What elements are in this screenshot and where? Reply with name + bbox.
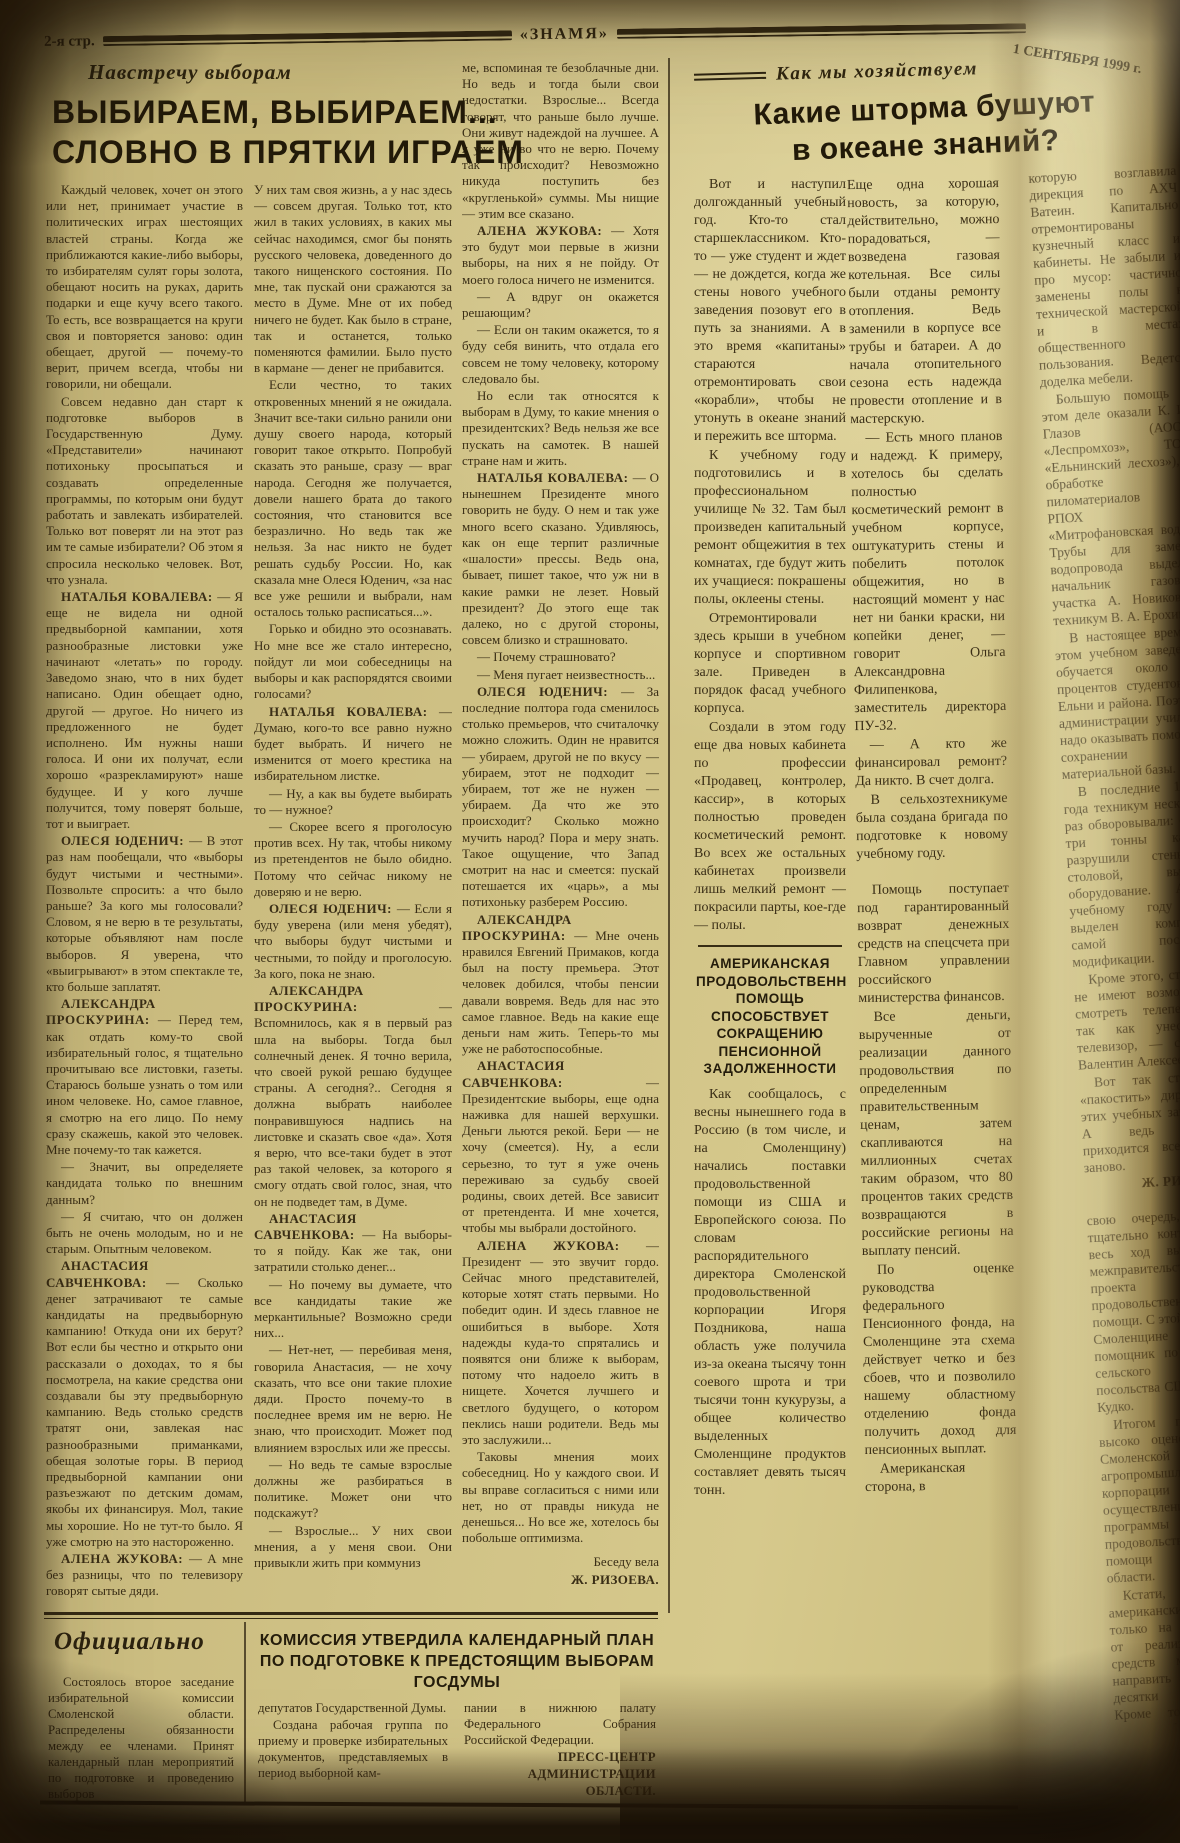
paragraph: АНАСТАСИЯ САВЧЕНКОВА: — На выборы-то я п…	[254, 1211, 452, 1276]
paragraph: Беседу вела	[462, 1554, 659, 1570]
speaker-name: АНАСТАСИЯ САВЧЕНКОВА:	[462, 1058, 646, 1089]
article3-column-3-text: свою очередь, весьма тщательно контролир…	[1086, 1204, 1180, 1727]
article2-column-2-text: Еще одна хорошая новость, за которую, де…	[847, 175, 1009, 864]
speaker-name: АЛЕКСАНДРА ПРОСКУРИНА:	[462, 912, 574, 943]
article2-kicker: Как мы хозяйствуем	[694, 58, 978, 87]
paragraph: — Я считаю, что он должен быть не очень …	[46, 1209, 243, 1258]
page-header: 2-я стр. «ЗНАМЯ»	[44, 19, 1034, 51]
headline-line-1: ВЫБИРАЕМ, ВЫБИРАЕМ...	[52, 92, 458, 132]
paragraph: ОБЛАСТИ.	[464, 1783, 656, 1799]
article2-headline: Какие шторма бушуют в океане знаний?	[683, 81, 1167, 173]
paragraph: пании в нижнюю палату Федерального Собра…	[464, 1700, 656, 1748]
article2-kicker-label: Как мы хозяйствуем	[776, 58, 978, 85]
paragraph: НАТАЛЬЯ КОВАЛЕВА: — О нынешнем Президент…	[462, 470, 659, 648]
article2-column-3-text: которую возглавила дирекция по АХЧ Ватеи…	[1028, 162, 1180, 1195]
paragraph: Но если так относятся к выборам в Думу, …	[462, 388, 659, 469]
paragraph: НАТАЛЬЯ КОВАЛЕВА: — Думаю, кого-то все р…	[254, 704, 452, 785]
paragraph: В настоящее время в этом учебном заведен…	[1054, 622, 1180, 783]
article1-column-1: Каждый человек, хочет он этого или нет, …	[46, 182, 243, 1602]
paragraph: — Взрослые... У них свои мнения, а у мен…	[254, 1523, 452, 1572]
paragraph: — Если он таким окажется, то я буду себя…	[462, 322, 659, 387]
article1-kicker: Навстречу выборам	[88, 60, 292, 85]
paragraph: — Меня пугает неизвестность...	[462, 667, 659, 683]
paragraph: Создали в этом году еще два новых кабине…	[694, 719, 846, 935]
speaker-name: ОЛЕСЯ ЮДЕНИЧ:	[269, 901, 397, 916]
paragraph: АЛЕКСАНДРА ПРОСКУРИНА: — Перед тем, как …	[46, 996, 243, 1158]
paragraph: У них там своя жизнь, а у нас здесь — со…	[254, 182, 452, 376]
speaker-name: ОЛЕСЯ ЮДЕНИЧ:	[61, 833, 189, 848]
speaker-name: НАТАЛЬЯ КОВАЛЕВА:	[269, 704, 439, 719]
paragraph: ОЛЕСЯ ЮДЕНИЧ: — За последние полтора год…	[462, 684, 659, 911]
paragraph: Совсем недавно дан старт к подготовке вы…	[46, 394, 243, 588]
paragraph: депутатов Государственной Думы.	[258, 1700, 448, 1716]
article4-column-1: Состоялось второе заседание избирательно…	[48, 1674, 234, 1812]
article-divider-rule	[668, 58, 670, 1613]
paragraph: АЛЕНА ЖУКОВА: — А мне без разницы, что п…	[46, 1551, 243, 1600]
article4-rubric: Официально	[54, 1628, 205, 1656]
header-rule	[103, 30, 512, 46]
paragraph: По оценке руководства федерального Пенси…	[862, 1260, 1017, 1460]
article2-column-2: Еще одна хорошая новость, за которую, де…	[847, 175, 1021, 1777]
speaker-name: НАТАЛЬЯ КОВАЛЕВА:	[61, 589, 217, 604]
article2-column-1: Вот и наступил долгожданный учебный год.…	[694, 176, 846, 1776]
speaker-name: АНАСТАСИЯ САВЧЕНКОВА:	[254, 1211, 362, 1242]
paragraph: Американская сторона, в	[865, 1459, 1017, 1497]
paragraph: — Но почему вы думаете, что все кандидат…	[254, 1277, 452, 1342]
issue-date: 1 СЕНТЯБРЯ 1999 г.	[1012, 42, 1143, 78]
paragraph: Итогом переговоров высоко оценена работа…	[1098, 1409, 1180, 1587]
speaker-name: НАТАЛЬЯ КОВАЛЕВА:	[477, 470, 633, 485]
paragraph: Помощь поступает под гарантированный воз…	[857, 880, 1011, 1008]
article4-headline: КОМИССИЯ УТВЕРДИЛА КАЛЕНДАРНЫЙ ПЛАН ПО П…	[258, 1630, 656, 1693]
paragraph: Ж. РИЗОЕВА.	[462, 1572, 659, 1588]
article1-headline: ВЫБИРАЕМ, ВЫБИРАЕМ... СЛОВНО В ПРЯТКИ ИГ…	[52, 92, 458, 172]
paragraph: АЛЕНА ЖУКОВА: — Президент — это звучит г…	[462, 1238, 659, 1449]
bottom-column-rule	[244, 1622, 246, 1804]
article4-column-3: пании в нижнюю палату Федерального Собра…	[464, 1700, 656, 1812]
paragraph: Отремонтировали здесь крыши в учебном ко…	[694, 610, 846, 718]
paragraph: Вот так стараются «пакостить» директорам…	[1079, 1066, 1180, 1176]
speaker-name: АЛЕКСАНДРА ПРОСКУРИНА:	[46, 996, 158, 1027]
header-rule	[617, 23, 1026, 39]
paragraph: К учебному году подготовились и в профес…	[694, 447, 846, 609]
paragraph: — Значит, вы определяете кандидата тольк…	[46, 1159, 243, 1208]
bottom-section-rule	[44, 1612, 658, 1619]
paragraph: свою очередь, весьма тщательно контролир…	[1086, 1204, 1180, 1416]
article1-column-3: ме, вспоминая те безоблачные дни. Но вед…	[462, 60, 659, 1605]
paragraph: Состоялось второе заседание избирательно…	[48, 1674, 234, 1802]
paragraph: — А вдруг он окажется решающим?	[462, 289, 659, 321]
headline-line-2: СЛОВНО В ПРЯТКИ ИГРАЕМ	[52, 132, 458, 172]
newspaper-page: 2-я стр. «ЗНАМЯ» 1 СЕНТЯБРЯ 1999 г. Навс…	[0, 0, 1180, 1843]
article3-headline: АМЕРИКАНСКАЯ ПРОДОВОЛЬСТВЕННАЯ ПОМОЩЬ СП…	[696, 955, 844, 1078]
paragraph: Создана рабочая группа по приему и прове…	[258, 1717, 448, 1781]
page-number-label: 2-я стр.	[44, 33, 95, 51]
paragraph: Все деньги, вырученные от реализации дан…	[858, 1007, 1014, 1261]
paragraph: АЛЕКСАНДРА ПРОСКУРИНА: — Вспомнилось, ка…	[254, 983, 452, 1210]
paragraph: ПРЕСС-ЦЕНТР	[464, 1749, 656, 1765]
paragraph: АЛЕКСАНДРА ПРОСКУРИНА: — Мне очень нрави…	[462, 912, 659, 1058]
paragraph: Кроме этого, студенты не имеют возможнос…	[1073, 963, 1180, 1073]
paragraph: — Почему страшновато?	[462, 649, 659, 665]
paragraph: Как сообщалось, с весны нынешнего года в…	[694, 1086, 846, 1500]
paragraph: Если честно, то таких откровенных мнений…	[254, 377, 452, 620]
paragraph: Горько и обидно это осознавать. Но мне в…	[254, 621, 452, 702]
speaker-name: АЛЕНА ЖУКОВА:	[477, 223, 611, 238]
speaker-name: ОЛЕСЯ ЮДЕНИЧ:	[477, 684, 621, 699]
paragraph: ОЛЕСЯ ЮДЕНИЧ: — Если я буду уверена (или…	[254, 901, 452, 982]
paragraph: АДМИНИСТРАЦИИ	[464, 1766, 656, 1782]
paragraph: Вот и наступил долгожданный учебный год.…	[694, 176, 846, 446]
speaker-name: АЛЕНА ЖУКОВА:	[477, 1238, 646, 1253]
paragraph: — Есть много планов и надежд. К примеру,…	[850, 428, 1006, 736]
speaker-name: АЛЕКСАНДРА ПРОСКУРИНА:	[254, 983, 439, 1014]
paragraph: ОЛЕСЯ ЮДЕНИЧ: — В этот раз нам пообещали…	[46, 833, 243, 995]
paragraph: — Нет-нет, — перебивая меня, говорила Ан…	[254, 1342, 452, 1455]
paragraph: В последние 1,5—2 года техникум нескольк…	[1062, 776, 1180, 971]
speaker-name: АНАСТАСИЯ САВЧЕНКОВА:	[46, 1258, 166, 1289]
paragraph: АНАСТАСИЯ САВЧЕНКОВА: — Сколько денег за…	[46, 1258, 243, 1550]
paragraph: НАТАЛЬЯ КОВАЛЕВА: — Я еще не видела ни о…	[46, 589, 243, 832]
speaker-name: АЛЕНА ЖУКОВА:	[61, 1551, 189, 1566]
masthead-title: «ЗНАМЯ»	[520, 25, 609, 44]
paragraph: Кстати, по американским оценкам, только …	[1107, 1580, 1180, 1728]
article3-column-2-text: Помощь поступает под гарантированный воз…	[857, 880, 1018, 1497]
paragraph: Таковы мнения моих собеседниц. Но у кажд…	[462, 1449, 659, 1546]
paragraph: — Скорее всего я проголосую против всех.…	[254, 819, 452, 900]
article2-column-3-curled: которую возглавила дирекция по АХЧ Ватеи…	[1028, 162, 1180, 1728]
article2-column-1-text: Вот и наступил долгожданный учебный год.…	[694, 176, 846, 935]
kicker-dash-rule	[694, 71, 766, 80]
paragraph: В сельхозтехникуме была создана бригада …	[855, 790, 1008, 864]
paragraph: АЛЕНА ЖУКОВА: — Хотя это будут мои первы…	[462, 223, 659, 288]
paragraph: Каждый человек, хочет он этого или нет, …	[46, 182, 243, 393]
section-divider-rule	[698, 945, 842, 947]
article4-column-2: депутатов Государственной Думы.Создана р…	[258, 1700, 448, 1812]
paragraph: которую возглавила дирекция по АХЧ Ватеи…	[1028, 162, 1180, 391]
paragraph: Большую помощь в этом деле оказали К. И.…	[1040, 383, 1180, 629]
paragraph: — Ну, а как вы будете выбирать то — нужн…	[254, 786, 452, 818]
paragraph: АНАСТАСИЯ САВЧЕНКОВА: — Президентские вы…	[462, 1058, 659, 1236]
article1-column-2: У них там своя жизнь, а у нас здесь — со…	[254, 182, 452, 1602]
paragraph: — А кто же финансировал ремонт? Да никто…	[855, 735, 1008, 791]
paragraph: — Но ведь те самые взрослые должны же ра…	[254, 1457, 452, 1522]
paragraph: Еще одна хорошая новость, за которую, де…	[847, 175, 1003, 429]
article3-column-1-text: Как сообщалось, с весны нынешнего года в…	[694, 1086, 846, 1500]
